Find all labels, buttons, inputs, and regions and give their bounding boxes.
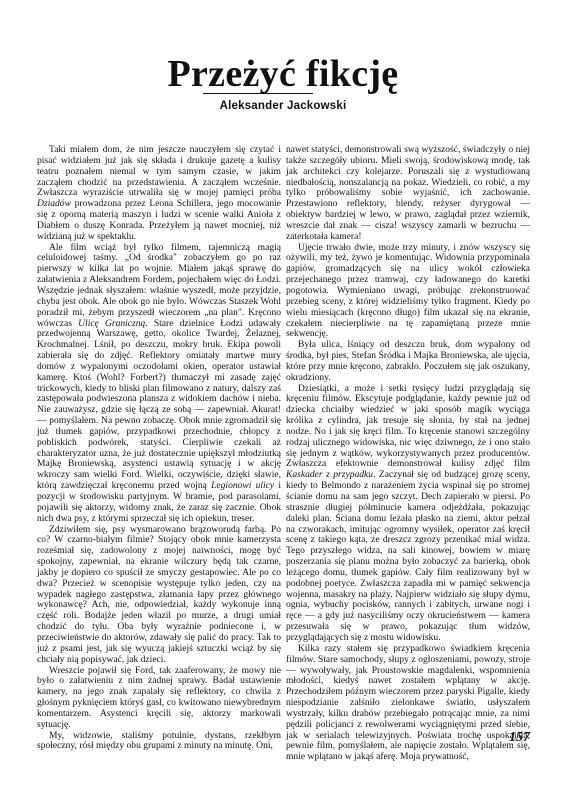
paragraph-text: Kilka razy stałem się przypadkowo świadk… xyxy=(286,643,530,762)
page-number: 157 xyxy=(500,730,530,746)
paragraph-text: Ale film wciąż był tylko filmem, tajemni… xyxy=(37,242,281,329)
left-text-column: Taki miałem dom, że nim jeszcze nauczyłe… xyxy=(37,145,281,752)
paragraph-text: . Stare dzielnice Łodzi udawały przedwoj… xyxy=(37,318,281,492)
body-paragraph: Dziesiątki, a może i setki tysięcy ludzi… xyxy=(286,384,530,644)
paragraph-text: Dziesiątki, a może i setki tysięcy ludzi… xyxy=(286,383,530,470)
body-paragraph: Zdziwiłem się, psy wysmarowano brązoworu… xyxy=(37,525,281,666)
italic-title-text: Ulicę Graniczną xyxy=(78,318,145,329)
body-paragraph: My, widzowie, staliśmy potulnie, dystans… xyxy=(37,731,281,753)
paragraph-text: prowadzona przez Leona Schillera, jego m… xyxy=(37,198,281,242)
title-rule-divider xyxy=(203,93,313,94)
article-title: Przeżyć fikcję xyxy=(0,52,566,96)
paragraph-text: Wreszcie pojawił się Ford, tak zaaferowa… xyxy=(37,665,281,730)
paragraph-text: Taki miałem dom, że nim jeszcze nauczyłe… xyxy=(37,144,281,198)
right-text-column: nawet statyści, demonstrowali swą wyższo… xyxy=(286,145,530,763)
paragraph-text: Była ulica, lśniący od deszczu bruk, dom… xyxy=(286,339,530,383)
italic-title-text: Legionowi ulicy xyxy=(211,480,274,491)
body-paragraph: Ujęcie trwało dwie, może trzy minuty, i … xyxy=(286,243,530,341)
body-paragraph: Taki miałem dom, że nim jeszcze nauczyłe… xyxy=(37,145,281,243)
paragraph-text: . Zaczynał się od budzącej grozę sceny, … xyxy=(286,469,530,643)
italic-title-text: Kaskader z przypadku xyxy=(286,469,373,480)
body-paragraph: nawet statyści, demonstrowali swą wyższo… xyxy=(286,145,530,243)
author-byline: Aleksander Jackowski xyxy=(0,99,566,113)
body-paragraph: Ale film wciąż był tylko filmem, tajemni… xyxy=(37,243,281,525)
body-paragraph: Wreszcie pojawił się Ford, tak zaaferowa… xyxy=(37,666,281,731)
paragraph-text: nawet statyści, demonstrowali swą wyższo… xyxy=(286,144,530,242)
italic-title-text: Dziadów xyxy=(37,198,71,209)
paragraph-text: My, widzowie, staliśmy potulnie, dystans… xyxy=(37,730,281,752)
paragraph-text: Zdziwiłem się, psy wysmarowano brązoworu… xyxy=(37,524,281,665)
body-paragraph: Kilka razy stałem się przypadkowo świadk… xyxy=(286,644,530,763)
paragraph-text: Ujęcie trwało dwie, może trzy minuty, i … xyxy=(286,242,530,340)
body-paragraph: Była ulica, lśniący od deszczu bruk, dom… xyxy=(286,340,530,383)
